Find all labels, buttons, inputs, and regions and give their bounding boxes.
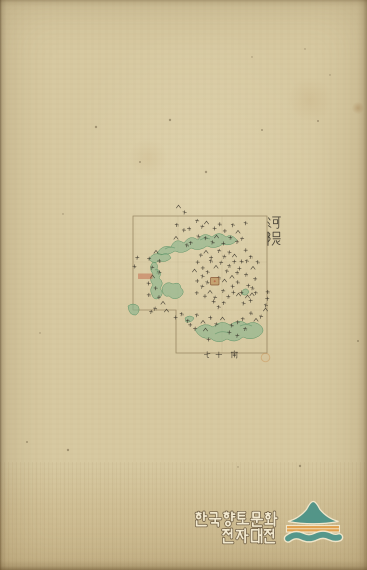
watermark-text-line2: [223, 529, 275, 543]
logo-wave-icon: [288, 535, 339, 539]
watermark-logo: [287, 502, 340, 539]
logo-mountain-icon: [288, 502, 339, 524]
watermark-text-line1: [196, 512, 276, 526]
aged-paper-page: [0, 0, 367, 570]
watermark: [0, 0, 367, 570]
